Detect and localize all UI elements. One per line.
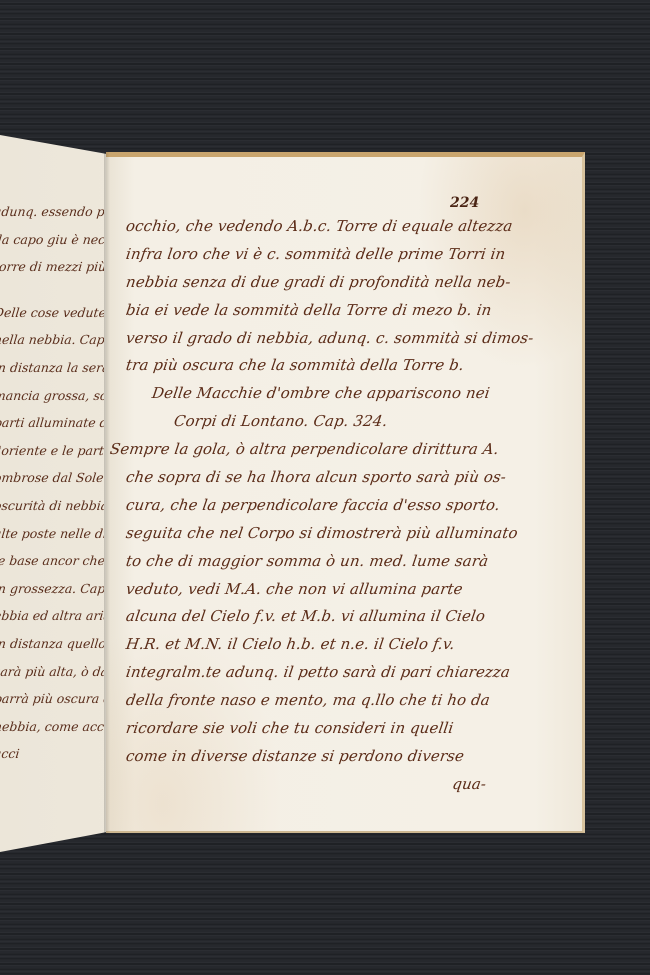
left-line: in distanza la sera o la [0,354,104,382]
left-line: torre di mezzi più bi [0,253,104,281]
left-line: mancia grossa, sol le mate [0,382,104,410]
manuscript-line: to che di maggior somma ò un. med. lume … [124,548,568,576]
manuscript-line: integralm.te adunq. il petto sarà di par… [124,659,568,687]
left-page-text: adunq. essendo più biana da capo giu è n… [0,198,104,768]
manuscript-line: tra più oscura che la sommità della Torr… [124,352,568,380]
manuscript-line: veduto, vedi M.A. che non vi allumina pa… [124,576,568,604]
left-line: alte poste nelle distanze [0,520,104,548]
manuscript-line: della fronte naso e mento, ma q.llo che … [124,687,568,715]
gutter-shadow [104,152,110,834]
catchword: qua- [124,771,568,799]
folio-number: 224 [450,195,479,211]
left-line: oscurità di nebbia. [0,492,104,520]
left-line: in distanza quello ha la [0,630,104,658]
left-line: l'oriente e le parti dell'ac [0,437,104,465]
manuscript-line: che sopra di se ha lhora alcun sporto sa… [124,464,568,492]
left-line: parti alluminate dal Sole [0,409,104,437]
chapter-first-line: Sempre la gola, ò altra perpendicolare d… [108,436,568,464]
manuscript-line: cura, che la perpendicolare faccia d'ess… [124,492,568,520]
left-line: ebbia ed altra aria grossa [0,602,104,630]
left-line: ombrose dal Sole seranno quasi [0,464,104,492]
left-line: da capo giu è necessaria [0,226,104,254]
manuscript-line: verso il grado di nebbia, adunq. c. somm… [124,325,568,353]
left-line: acci [0,740,104,768]
left-line: le base ancor che la [0,547,104,575]
chapter-heading: Delle Macchie d'ombre che appariscono ne… [124,380,568,408]
manuscript-line: seguita che nel Corpo si dimostrerà più … [124,520,568,548]
manuscript-line: ricordare sie voli che tu consideri in q… [124,715,568,743]
right-page-text: occhio, che vedendo A.b.c. Torre di equa… [126,213,566,799]
manuscript-line: H.R. et M.N. il Cielo h.b. et n.e. il Ci… [124,631,568,659]
manuscript-line: infra loro che vi è c. sommità delle pri… [124,241,568,269]
chapter-heading: Corpi di Lontano. Cap. 324. [124,408,568,436]
manuscript-line: bia ei vede la sommità della Torre di me… [124,297,568,325]
left-line: nebbia, come accade [0,713,104,741]
left-line: parrà più oscura che [0,685,104,713]
left-heading-line: nella nebbia. Cap. 322. [0,326,104,354]
left-heading-line: in grossezza. Cap. 323. [0,575,104,603]
manuscript-line: alcuna del Cielo f.v. et M.b. vi allumin… [124,603,568,631]
left-line: adunq. essendo più biana [0,198,104,226]
left-line-gap [0,281,104,299]
left-line: sarà più alta, ò dalle [0,658,104,686]
manuscript-line: occhio, che vedendo A.b.c. Torre di equa… [124,213,568,241]
left-heading-line: Delle cose vedute la sera [0,299,104,327]
manuscript-line: nebbia senza di due gradi di profondità … [124,269,568,297]
manuscript-line: come in diverse distanze si perdono dive… [124,743,568,771]
right-manuscript-page: 224 occhio, che vedendo A.b.c. Torre di … [106,152,585,833]
